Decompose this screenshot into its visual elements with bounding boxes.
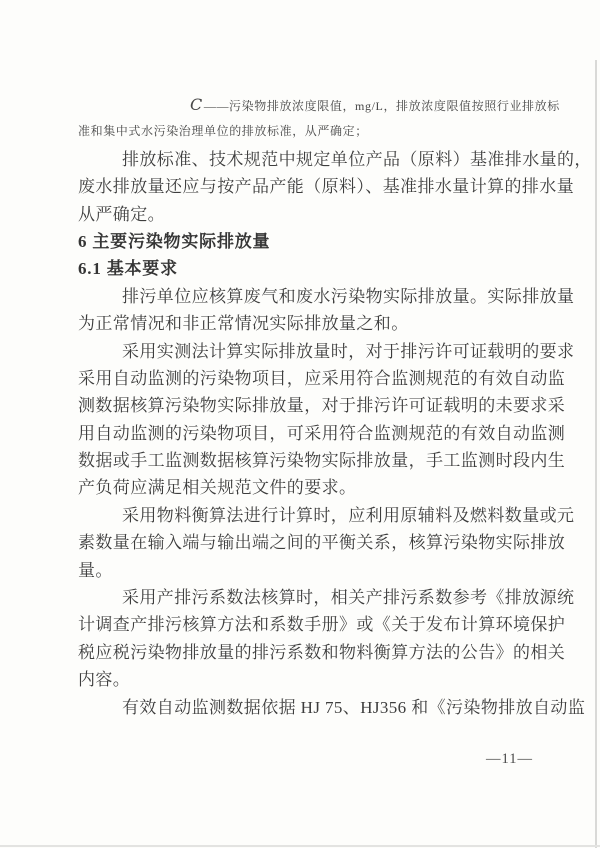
paragraph1-line-3: 从严确定。: [78, 201, 536, 228]
paragraph2-line-1: 排污单位应核算废气和废水污染物实际排放量。实际排放量: [78, 283, 536, 310]
scan-edge-bottom: [0, 845, 600, 847]
paragraph4-line-2: 素数量在输入端与输出端之间的平衡关系，核算污染物实际排放: [78, 529, 536, 556]
paragraph1-line-2: 废水排放量还应与按产品产能（原料）、基准排水量计算的排水量: [78, 173, 536, 200]
page-number: —11—: [486, 749, 533, 769]
paragraph1-line-1: 排放标准、技术规范中规定单位产品（原料）基准排水量的，: [78, 146, 536, 173]
paragraph3-line-3: 测数据核算污染物实际排放量，对于排污许可证载明的未要求采: [78, 392, 536, 419]
paragraph2-line-2: 为正常情况和非正常情况实际排放量之和。: [78, 310, 536, 337]
paragraph3-line-4: 用自动监测的污染物项目，可采用符合监测规范的有效自动监测: [78, 420, 536, 447]
paragraph4-line-3: 量。: [78, 557, 536, 584]
paragraph5-line-1: 采用产排污系数法核算时，相关产排污系数参考《排放源统: [78, 584, 536, 611]
text-block: C——污染物排放浓度限值，mg/L，排放浓度限值按照行业排放标 准和集中式水污染…: [78, 91, 536, 721]
definition-line-1: C——污染物排放浓度限值，mg/L，排放浓度限值按照行业排放标: [78, 91, 536, 118]
paragraph5-line-2: 计调查产排污核算方法和系数手册》或《关于发布计算环境保护: [78, 611, 536, 638]
paragraph3-line-1: 采用实测法计算实际排放量时，对于排污许可证载明的要求: [78, 338, 536, 365]
paragraph3-line-5: 数据或手工监测数据核算污染物实际排放量，手工监测时段内生: [78, 447, 536, 474]
variable-symbol-c: C: [190, 95, 203, 114]
paragraph5-line-4: 内容。: [78, 666, 536, 693]
definition-line-1-text: ——污染物排放浓度限值，mg/L，排放浓度限值按照行业排放标: [204, 99, 560, 113]
paragraph3-line-2: 采用自动监测的污染物项目，应采用符合监测规范的有效自动监: [78, 365, 536, 392]
document-page: { "page": { "page_number": "—11—" }, "co…: [0, 0, 600, 848]
paragraph5-line-3: 税应税污染物排放量的排污系数和物料衡算方法的公告》的相关: [78, 639, 536, 666]
definition-line-2: 准和集中式水污染治理单位的排放标准，从严确定；: [78, 118, 536, 145]
scan-edge-right: [595, 60, 597, 848]
section-heading: 6 主要污染物实际排放量: [78, 228, 536, 255]
subsection-heading: 6.1 基本要求: [78, 255, 536, 282]
paragraph6-line-1: 有效自动监测数据依据 HJ 75、HJ356 和《污染物排放自动监: [78, 694, 536, 721]
paragraph4-line-1: 采用物料衡算法进行计算时，应利用原辅料及燃料数量或元: [78, 502, 536, 529]
paragraph3-line-6: 产负荷应满足相关规范文件的要求。: [78, 474, 536, 501]
scanned-document-page: C——污染物排放浓度限值，mg/L，排放浓度限值按照行业排放标 准和集中式水污染…: [0, 0, 600, 848]
